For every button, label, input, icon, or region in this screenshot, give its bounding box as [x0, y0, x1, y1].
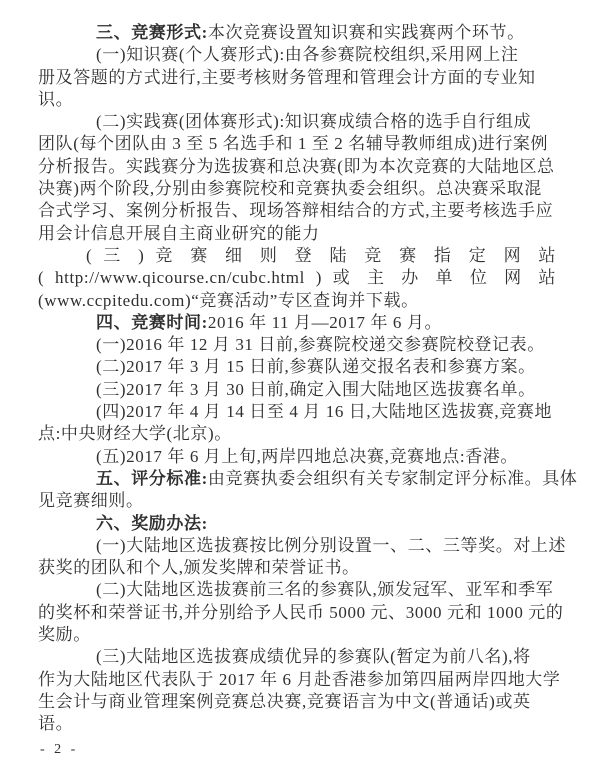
body-text: 2016 年 11 月—2017 年 6 月。 — [208, 313, 442, 332]
body-text: (二)2017 年 3 月 15 日前,参赛队递交报名表和参赛方案。 — [96, 357, 536, 376]
section-heading-text: 五、评分标准: — [96, 469, 208, 488]
body-text: 奖励。 — [38, 625, 91, 644]
text-line: 语。 — [38, 713, 556, 735]
text-line: 分析报告。实践赛分为选拔赛和总决赛(即为本次竞赛的大陆地区总 — [38, 156, 556, 178]
section-heading-text: 六、奖励办法: — [96, 514, 208, 533]
body-text: (三)大陆地区选拔赛成绩优异的参赛队(暂定为前八名),将 — [96, 647, 531, 666]
body-text: (二)实践赛(团体赛形式):知识赛成绩合格的选手自行组成 — [96, 112, 531, 131]
body-text: (一)2016 年 12 月 31 日前,参赛院校递交参赛院校登记表。 — [96, 335, 545, 354]
text-line: 六、奖励办法: — [38, 513, 556, 535]
body-text: ( http://www.qicourse.cn/cubc.html ) 或 主… — [38, 268, 556, 287]
body-text: 获奖的团队和个人,颁发奖牌和荣誉证书。 — [38, 558, 360, 577]
body-text: 见竞赛细则。 — [38, 491, 144, 510]
body-text: (一)知识赛(个人赛形式):由各参赛院校组织,采用网上注 — [96, 45, 518, 64]
body-text: 本次竞赛设置知识赛和实践赛两个环节。 — [208, 23, 525, 42]
text-line: ( 三 ) 竞 赛 细 则 登 陆 竞 赛 指 定 网 站 — [38, 245, 556, 267]
text-line: (二)大陆地区选拔赛前三名的参赛队,颁发冠军、亚军和季军 — [38, 579, 556, 601]
body-text: (二)大陆地区选拔赛前三名的参赛队,颁发冠军、亚军和季军 — [96, 580, 553, 599]
text-line: (一)大陆地区选拔赛按比例分别设置一、二、三等奖。对上述 — [38, 535, 556, 557]
text-line: (三)大陆地区选拔赛成绩优异的参赛队(暂定为前八名),将 — [38, 646, 556, 668]
text-line: (三)2017 年 3 月 30 日前,确定入围大陆地区选拔赛名单。 — [38, 379, 556, 401]
text-line: 见竞赛细则。 — [38, 490, 556, 512]
text-line: 奖励。 — [38, 624, 556, 646]
body-text: 分析报告。实践赛分为选拔赛和总决赛(即为本次竞赛的大陆地区总 — [38, 157, 555, 176]
text-line: 三、竞赛形式:本次竞赛设置知识赛和实践赛两个环节。 — [38, 22, 556, 44]
text-line: (二)2017 年 3 月 15 日前,参赛队递交报名表和参赛方案。 — [38, 356, 556, 378]
text-line: 合式学习、案例分析报告、现场答辩相结合的方式,主要考核选手应 — [38, 200, 556, 222]
body-text: (一)大陆地区选拔赛按比例分别设置一、二、三等奖。对上述 — [96, 536, 566, 555]
text-line: 用会计信息开展自主商业研究的能力 — [38, 223, 556, 245]
text-line: 点:中央财经大学(北京)。 — [38, 423, 556, 445]
text-line: 五、评分标准:由竞赛执委会组织有关专家制定评分标准。具体 — [38, 468, 556, 490]
section-heading-text: 三、竞赛形式: — [96, 23, 208, 42]
body-text: 识。 — [38, 90, 73, 109]
text-line: (www.ccpitedu.com)“竞赛活动”专区查询并下载。 — [38, 290, 556, 312]
text-line: 的奖杯和荣誉证书,并分别给予人民币 5000 元、3000 元和 1000 元的 — [38, 602, 556, 624]
body-text: (三)2017 年 3 月 30 日前,确定入围大陆地区选拔赛名单。 — [96, 380, 536, 399]
body-text: (四)2017 年 4 月 14 日至 4 月 16 日,大陆地区选拔赛,竞赛地 — [96, 402, 552, 421]
document-page: 三、竞赛形式:本次竞赛设置知识赛和实践赛两个环节。(一)知识赛(个人赛形式):由… — [0, 0, 596, 768]
document-content: 三、竞赛形式:本次竞赛设置知识赛和实践赛两个环节。(一)知识赛(个人赛形式):由… — [38, 22, 556, 736]
text-line: (一)2016 年 12 月 31 日前,参赛院校递交参赛院校登记表。 — [38, 334, 556, 356]
text-line: (二)实践赛(团体赛形式):知识赛成绩合格的选手自行组成 — [38, 111, 556, 133]
text-line: 作为大陆地区代表队于 2017 年 6 月赴香港参加第四届两岸四地大学 — [38, 669, 556, 691]
body-text: 点:中央财经大学(北京)。 — [38, 424, 232, 443]
text-line: 册及答题的方式进行,主要考核财务管理和管理会计方面的专业知 — [38, 67, 556, 89]
body-text: 合式学习、案例分析报告、现场答辩相结合的方式,主要考核选手应 — [38, 201, 553, 220]
text-line: 四、竞赛时间:2016 年 11 月—2017 年 6 月。 — [38, 312, 556, 334]
text-line: (四)2017 年 4 月 14 日至 4 月 16 日,大陆地区选拔赛,竞赛地 — [38, 401, 556, 423]
text-line: 识。 — [38, 89, 556, 111]
body-text: 生会计与商业管理案例竞赛总决赛,竞赛语言为中文(普通话)或英 — [38, 692, 531, 711]
text-line: 决赛)两个阶段,分别由参赛院校和竞赛执委会组织。总决赛采取混 — [38, 178, 556, 200]
body-text: 用会计信息开展自主商业研究的能力 — [38, 224, 320, 243]
body-text: ( 三 ) 竞 赛 细 则 登 陆 竞 赛 指 定 网 站 — [86, 246, 556, 265]
body-text: 团队(每个团队由 3 至 5 名选手和 1 至 2 名辅导教师组成)进行案例 — [38, 134, 548, 153]
text-line: (五)2017 年 6 月上旬,两岸四地总决赛,竞赛地点:香港。 — [38, 446, 556, 468]
body-text: 由竞赛执委会组织有关专家制定评分标准。具体 — [208, 469, 578, 488]
body-text: 作为大陆地区代表队于 2017 年 6 月赴香港参加第四届两岸四地大学 — [38, 670, 561, 689]
section-heading-text: 四、竞赛时间: — [96, 313, 208, 332]
body-text: 册及答题的方式进行,主要考核财务管理和管理会计方面的专业知 — [38, 68, 536, 87]
body-text: 语。 — [38, 714, 73, 733]
body-text: (www.ccpitedu.com)“竞赛活动”专区查询并下载。 — [38, 291, 419, 310]
body-text: 决赛)两个阶段,分别由参赛院校和竞赛执委会组织。总决赛采取混 — [38, 179, 542, 198]
text-line: 生会计与商业管理案例竞赛总决赛,竞赛语言为中文(普通话)或英 — [38, 691, 556, 713]
text-line: 团队(每个团队由 3 至 5 名选手和 1 至 2 名辅导教师组成)进行案例 — [38, 133, 556, 155]
text-line: (一)知识赛(个人赛形式):由各参赛院校组织,采用网上注 — [38, 44, 556, 66]
text-line: ( http://www.qicourse.cn/cubc.html ) 或 主… — [38, 267, 556, 289]
body-text: 的奖杯和荣誉证书,并分别给予人民币 5000 元、3000 元和 1000 元的 — [38, 603, 564, 622]
text-line: 获奖的团队和个人,颁发奖牌和荣誉证书。 — [38, 557, 556, 579]
body-text: (五)2017 年 6 月上旬,两岸四地总决赛,竞赛地点:香港。 — [96, 447, 518, 466]
page-number: - 2 - — [40, 742, 78, 758]
